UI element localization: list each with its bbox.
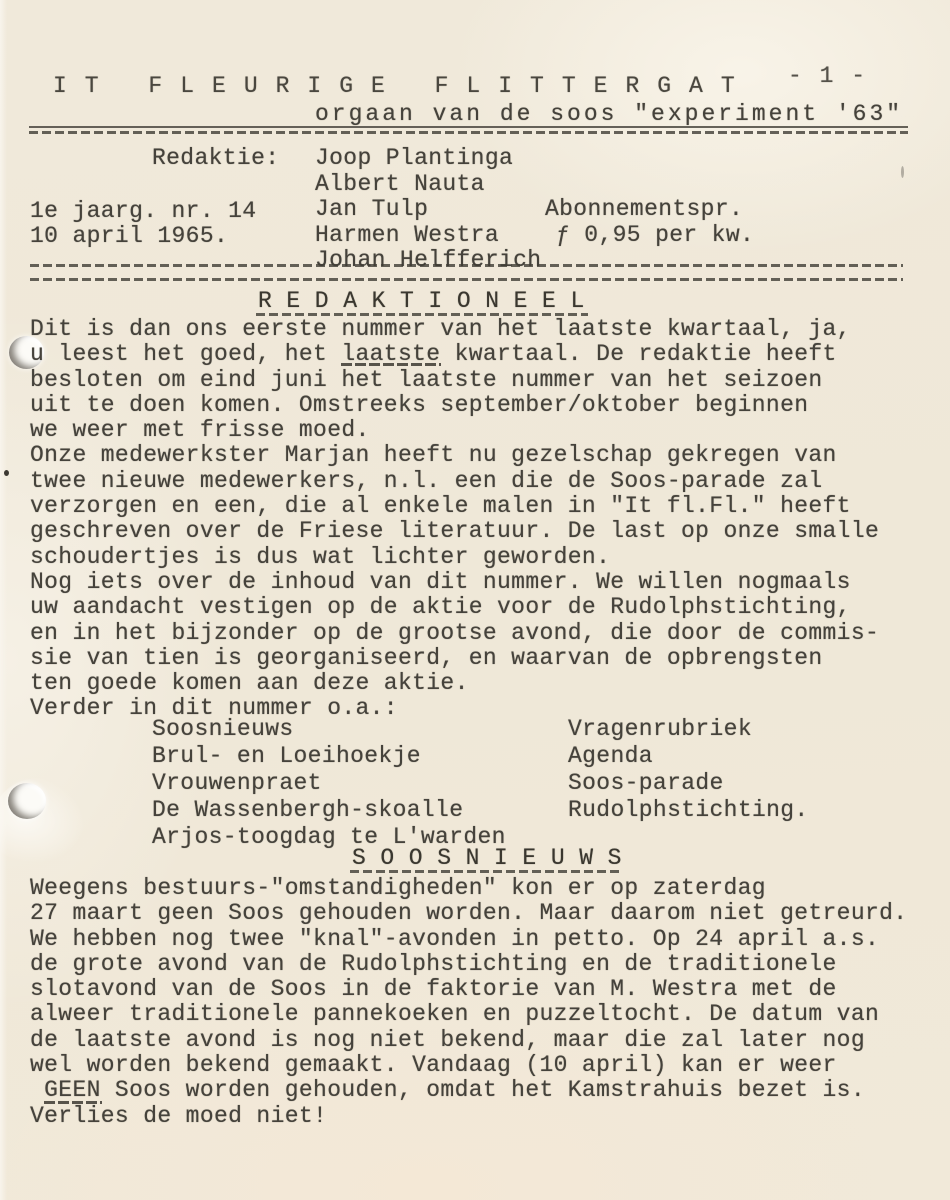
editor-list: Joop Plantinga Albert Nauta Jan Tulp Har… [315, 146, 541, 274]
ink-speck [901, 166, 904, 178]
header-rule-solid [29, 126, 908, 128]
ink-speck [4, 470, 9, 476]
underline-mark-geen [44, 1101, 102, 1104]
header-rule-dashed [29, 131, 908, 134]
contents-item: Brul- en Loeihoekje [152, 743, 506, 770]
issue-date: 10 april 1965. [30, 224, 228, 249]
section-heading-soosnieuws: S O O S N I E U W S [352, 846, 622, 871]
contents-item: Vragenrubriek [568, 716, 809, 743]
subscription-price: ƒ 0,95 per kw. [556, 223, 754, 248]
contents-item: Soos-parade [568, 770, 809, 797]
section-heading-redaktioneel: R E D A K T I O N E E L [258, 289, 585, 314]
subscription-label: Abonnementspr. [545, 197, 743, 222]
newsletter-title: IT FLEURIGE FLITTERGAT [53, 74, 753, 99]
redaktie-label: Redaktie: [152, 146, 279, 171]
contents-item: Vrouwenpraet [152, 770, 506, 797]
contents-item: Soosnieuws [152, 716, 506, 743]
soosnieuws-body: Weegens bestuurs-"omstandigheden" kon er… [30, 876, 907, 1129]
page-edge [0, 0, 7, 1200]
contents-item: Rudolphstichting. [568, 797, 809, 824]
separator-rule-2 [30, 278, 903, 281]
soosnieuws-heading-underline [350, 870, 622, 873]
torn-paper-patch [0, 769, 92, 872]
underline-mark-laatste [341, 363, 441, 366]
contents-left-column: SoosnieuwsBrul- en LoeihoekjeVrouwenprae… [152, 716, 506, 851]
punch-hole-bottom [8, 783, 46, 819]
contents-item: Agenda [568, 743, 809, 770]
redaktioneel-body: Dit is dan ons eerste nummer van het laa… [30, 317, 879, 722]
issue-number: 1e jaarg. nr. 14 [30, 199, 256, 224]
contents-right-column: VragenrubriekAgendaSoos-paradeRudolphsti… [568, 716, 809, 824]
contents-item: De Wassenbergh-skoalle [152, 797, 506, 824]
separator-rule-1 [30, 264, 903, 267]
newsletter-subtitle: orgaan van de soos "experiment '63" [315, 102, 903, 127]
page-number: - 1 - [788, 64, 867, 89]
document-page: IT FLEURIGE FLITTERGAT - 1 - orgaan van … [0, 0, 950, 1200]
